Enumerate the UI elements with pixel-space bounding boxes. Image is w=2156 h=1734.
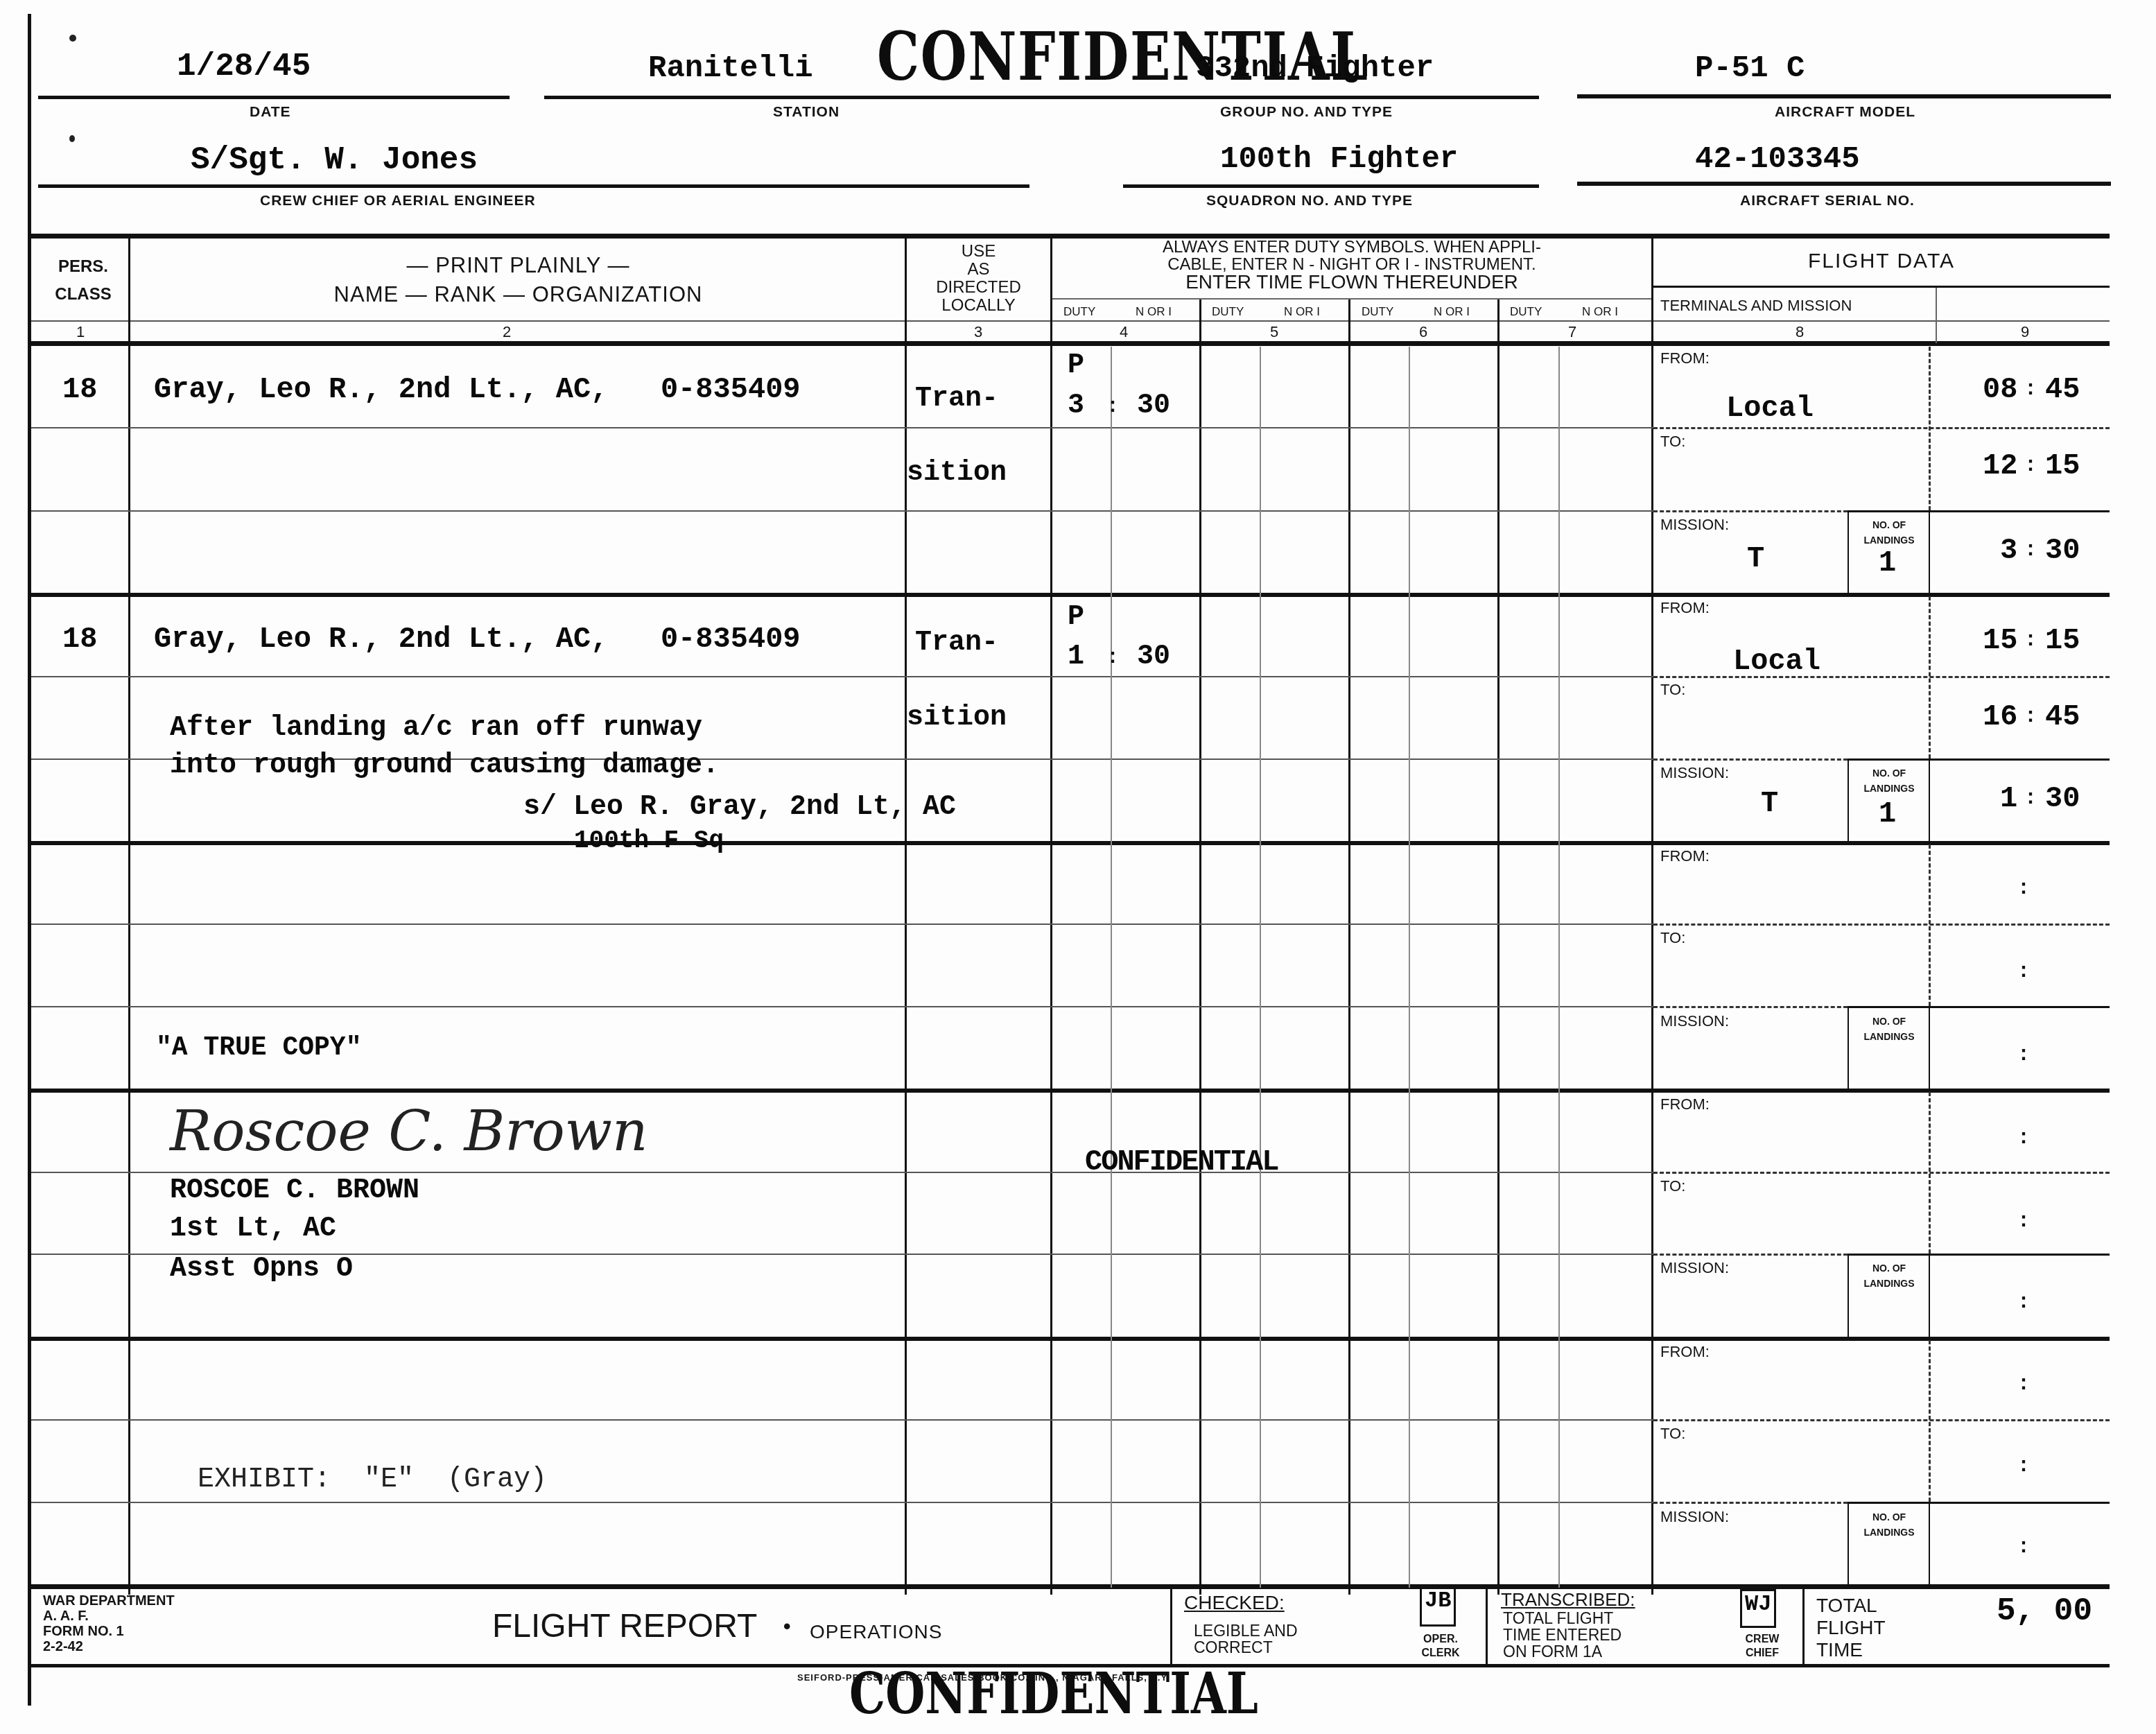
date-label: DATE bbox=[250, 104, 291, 121]
col-divider bbox=[1936, 288, 1937, 343]
from-label: FROM: bbox=[1660, 1095, 1710, 1113]
use-locally: sition bbox=[907, 458, 1007, 489]
landings-label: NO. OFLANDINGS bbox=[1850, 1509, 1929, 1540]
remark-signature: s/ Leo R. Gray, 2nd Lt, AC bbox=[523, 792, 956, 823]
mission-label: MISSION: bbox=[1660, 1012, 1729, 1030]
from-time-hours: 08 bbox=[1983, 373, 2017, 406]
pilot-name: Gray, Leo R., 2nd Lt., AC, 0-835409 bbox=[154, 373, 801, 406]
col-num-5: 5 bbox=[1270, 323, 1278, 341]
crew-chief-value: S/Sgt. W. Jones bbox=[191, 142, 478, 178]
exhibit-label: EXHIBIT: "E" (Gray) bbox=[198, 1464, 547, 1495]
col2-header: — PRINT PLAINLY — NAME — RANK — ORGANIZA… bbox=[132, 251, 905, 309]
duty-hours: 3 bbox=[1068, 390, 1084, 422]
checked-label: CHECKED: bbox=[1184, 1592, 1285, 1614]
from-time-minutes: 45 bbox=[2045, 373, 2080, 406]
landings-count: 1 bbox=[1879, 797, 1896, 831]
to-label: TO: bbox=[1660, 929, 1685, 947]
landings-label: NO. OFLANDINGS bbox=[1850, 1014, 1929, 1044]
confidential-stamp-mid: CONFIDENTIAL bbox=[1085, 1145, 1278, 1179]
col-num-9: 9 bbox=[2021, 323, 2029, 341]
col-divider bbox=[1348, 298, 1350, 1595]
flight-data-title: FLIGHT DATA bbox=[1653, 250, 2110, 273]
certifier-rank: 1st Lt, AC bbox=[170, 1213, 336, 1245]
col-divider bbox=[1497, 298, 1499, 1595]
to-label: TO: bbox=[1660, 681, 1685, 699]
duty-symbol: P bbox=[1068, 350, 1084, 381]
col3-header: USE AS DIRECTED LOCALLY bbox=[907, 243, 1050, 315]
oper-clerk-label: OPER. CLERK bbox=[1413, 1633, 1468, 1661]
landings-count: 1 bbox=[1879, 546, 1896, 580]
from-label: FROM: bbox=[1660, 599, 1710, 617]
to-time-hours: 12 bbox=[1983, 449, 2017, 483]
col-num-1: 1 bbox=[76, 323, 85, 341]
duty-minutes: 30 bbox=[1137, 390, 1170, 422]
mission-label: MISSION: bbox=[1660, 1508, 1729, 1526]
aircraft-model-value: P-51 C bbox=[1695, 51, 1805, 86]
crew-chief-label: CREW CHIEF OR AERIAL ENGINEER bbox=[260, 193, 536, 209]
mission-label: MISSION: bbox=[1660, 516, 1729, 534]
to-time-hours: 16 bbox=[1983, 700, 2017, 734]
form-title-bullet: • bbox=[783, 1615, 791, 1639]
col-num-6: 6 bbox=[1419, 323, 1427, 341]
mission-label: MISSION: bbox=[1660, 1259, 1729, 1277]
remark-unit: 100th F Sq bbox=[574, 826, 724, 855]
col-num-3: 3 bbox=[974, 323, 982, 341]
duty-minutes: 30 bbox=[1137, 641, 1170, 673]
aircraft-model-label: AIRCRAFT MODEL bbox=[1775, 104, 1915, 121]
station-value: Ranitelli bbox=[648, 51, 813, 86]
to-label: TO: bbox=[1660, 433, 1685, 451]
handwritten-signature: Roscoe C. Brown bbox=[170, 1099, 648, 1163]
form-dept: WAR DEPARTMENT A. A. F. FORM NO. 1 2-2-4… bbox=[43, 1593, 175, 1654]
from-label: FROM: bbox=[1660, 349, 1710, 367]
col1-header: PERS. CLASS bbox=[45, 253, 121, 309]
certifier-title: Asst Opns O bbox=[170, 1254, 353, 1285]
from-value: Local bbox=[1733, 645, 1820, 678]
mission-time-minutes: 30 bbox=[2045, 782, 2080, 815]
remark-line: After landing a/c ran off runway bbox=[170, 713, 702, 744]
mission-code: T bbox=[1761, 787, 1778, 820]
landings-label: NO. OFLANDINGS bbox=[1850, 517, 1929, 548]
col-num-2: 2 bbox=[503, 323, 511, 341]
pers-class: 18 bbox=[62, 373, 97, 406]
duty-instructions: ALWAYS ENTER DUTY SYMBOLS. WHEN APPLI- C… bbox=[1052, 239, 1651, 291]
landings-label: NO. OFLANDINGS bbox=[1850, 765, 1929, 796]
punch-mark bbox=[69, 35, 76, 42]
true-copy-label: "A TRUE COPY" bbox=[156, 1033, 361, 1063]
col-divider bbox=[128, 236, 130, 1595]
duty-hours: 1 bbox=[1068, 641, 1084, 673]
remark-line: into rough ground causing damage. bbox=[170, 750, 719, 781]
to-time-minutes: 45 bbox=[2045, 700, 2080, 734]
to-time-minutes: 15 bbox=[2045, 449, 2080, 483]
from-label: FROM: bbox=[1660, 1343, 1710, 1361]
to-label: TO: bbox=[1660, 1425, 1685, 1443]
legible-label: LEGIBLE AND CORRECT bbox=[1194, 1622, 1298, 1656]
pilot-name: Gray, Leo R., 2nd Lt., AC, 0-835409 bbox=[154, 623, 801, 656]
from-time-hours: 15 bbox=[1983, 624, 2017, 657]
col-num-8: 8 bbox=[1796, 323, 1804, 341]
from-value: Local bbox=[1726, 392, 1814, 425]
left-margin-rule bbox=[28, 14, 31, 1706]
mission-time-hours: 1 bbox=[2000, 782, 2017, 815]
certifier-name: ROSCOE C. BROWN bbox=[170, 1175, 419, 1206]
col-num-7: 7 bbox=[1568, 323, 1576, 341]
crew-chief-label: CREW CHIEF bbox=[1735, 1633, 1790, 1661]
transcribed-instructions: TOTAL FLIGHT TIME ENTERED ON FORM 1A bbox=[1503, 1610, 1622, 1660]
col-divider bbox=[1199, 298, 1201, 1595]
punch-mark bbox=[69, 135, 75, 142]
oper-clerk-initials: JB bbox=[1420, 1588, 1456, 1627]
squadron-value: 100th Fighter bbox=[1220, 142, 1458, 177]
from-time-minutes: 15 bbox=[2045, 624, 2080, 657]
total-flight-time-label: TOTAL FLIGHT TIME bbox=[1816, 1595, 1886, 1661]
transcribed-label: TRANSCRIBED: bbox=[1501, 1589, 1635, 1611]
aircraft-serial-value: 42-103345 bbox=[1695, 142, 1860, 177]
landings-label: NO. OFLANDINGS bbox=[1850, 1260, 1929, 1291]
from-label: FROM: bbox=[1660, 847, 1710, 865]
pers-class: 18 bbox=[62, 623, 97, 656]
date-value: 1/28/45 bbox=[177, 49, 311, 85]
mission-code: T bbox=[1747, 542, 1764, 575]
aircraft-serial-label: AIRCRAFT SERIAL NO. bbox=[1740, 193, 1915, 209]
form-title: FLIGHT REPORT bbox=[492, 1607, 757, 1645]
col-divider bbox=[905, 236, 907, 1595]
to-label: TO: bbox=[1660, 1177, 1685, 1195]
duty-symbol: P bbox=[1068, 602, 1084, 633]
form-subtitle: OPERATIONS bbox=[810, 1621, 943, 1643]
use-locally: Tran- bbox=[915, 627, 998, 659]
station-label: STATION bbox=[773, 104, 840, 121]
mission-label: MISSION: bbox=[1660, 764, 1729, 782]
terminals-mission-label: TERMINALS AND MISSION bbox=[1660, 297, 1852, 315]
col-divider bbox=[1651, 236, 1653, 1595]
use-locally: Tran- bbox=[915, 383, 998, 415]
confidential-stamp-bottom: CONFIDENTIAL bbox=[849, 1661, 1258, 1727]
use-locally: sition bbox=[907, 702, 1007, 734]
col-num-4: 4 bbox=[1120, 323, 1128, 341]
mission-time-hours: 3 bbox=[2000, 534, 2017, 567]
mission-time-minutes: 30 bbox=[2045, 534, 2080, 567]
total-flight-time-value: 5, 00 bbox=[1997, 1593, 2092, 1629]
group-value: 332nd Fighter bbox=[1196, 51, 1434, 86]
squadron-label: SQUADRON NO. AND TYPE bbox=[1206, 193, 1413, 209]
crew-chief-initials: WJ bbox=[1740, 1589, 1776, 1628]
col-divider bbox=[1050, 236, 1052, 1595]
group-label: GROUP NO. AND TYPE bbox=[1220, 104, 1393, 121]
